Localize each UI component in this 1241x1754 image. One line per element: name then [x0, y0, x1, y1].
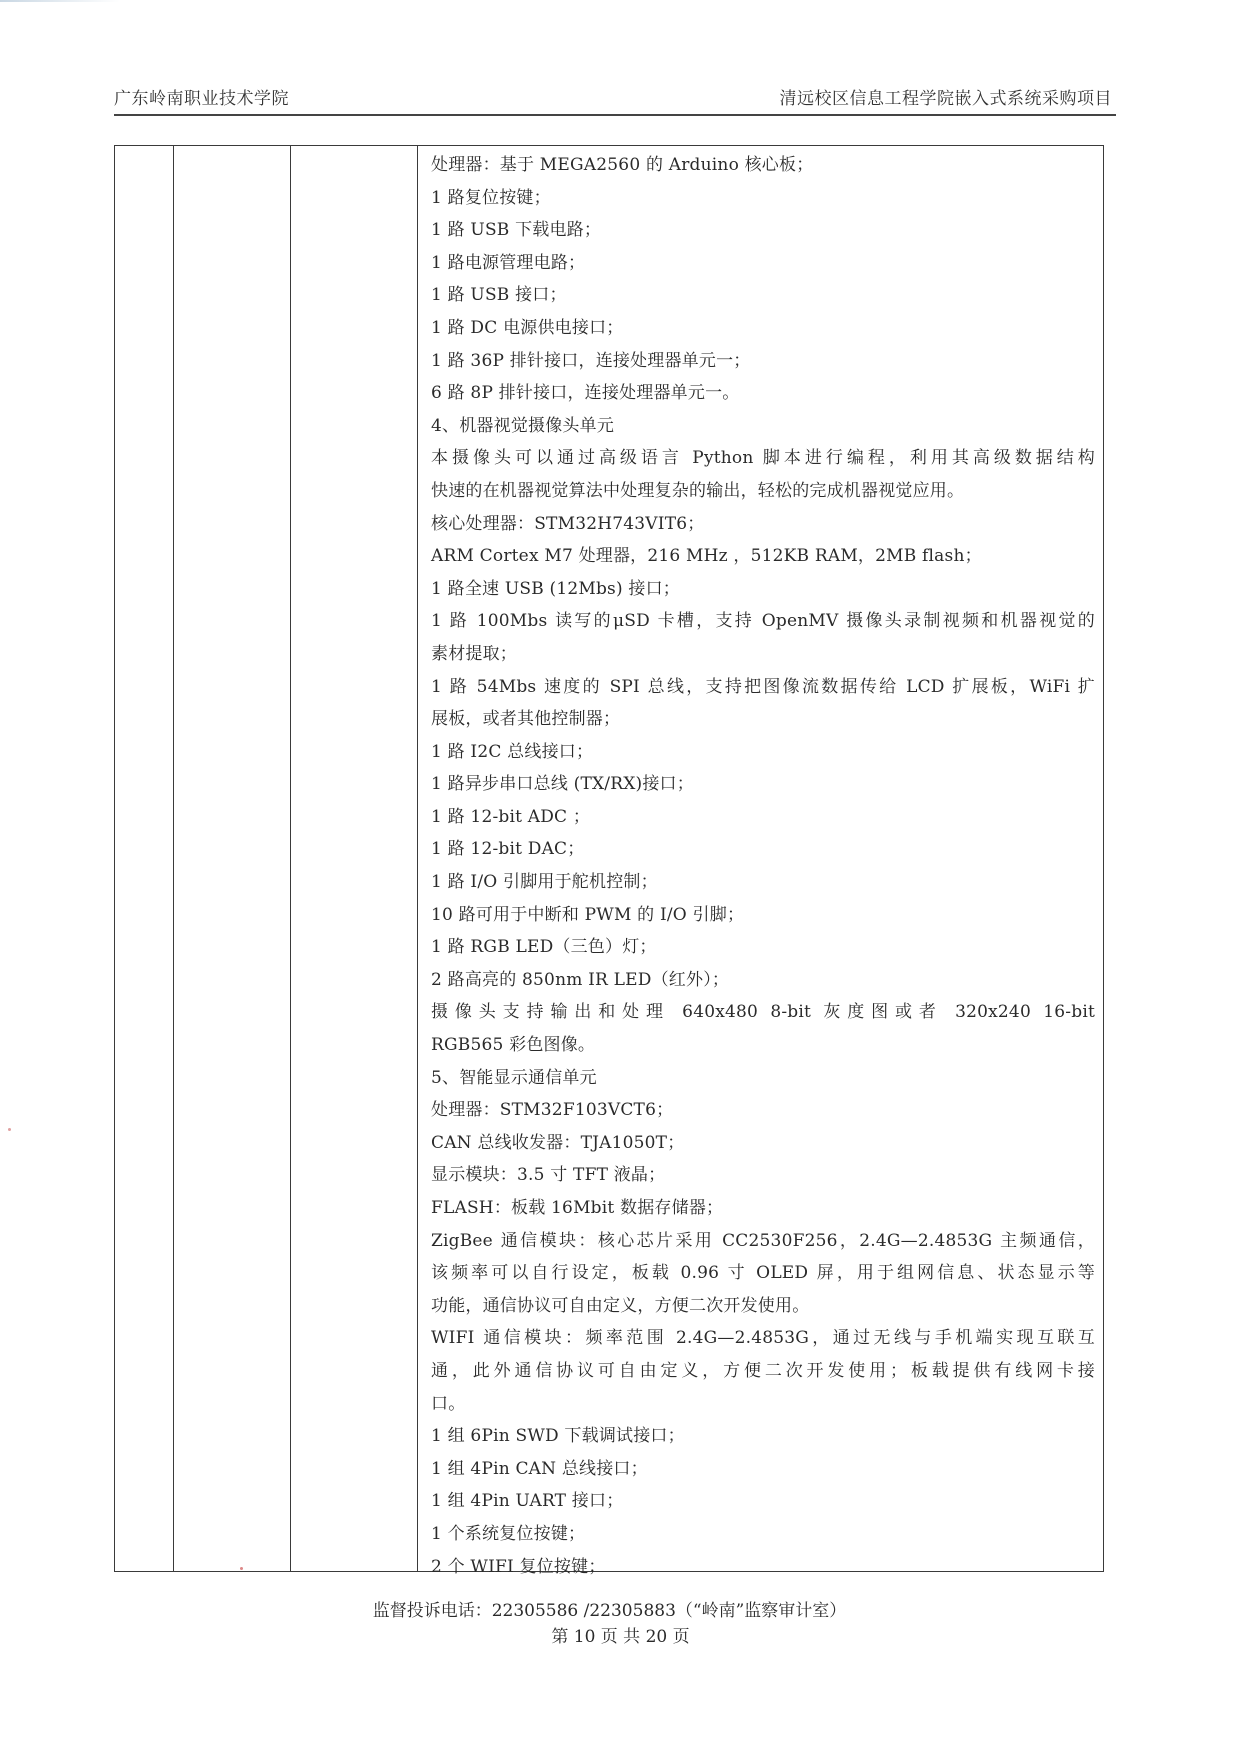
scan-edge-artifact: [0, 0, 120, 2]
spec-line: 1 路 I/O 引脚用于舵机控制；: [431, 866, 1095, 899]
spec-line: 2 个 WIFI 复位按键；: [431, 1551, 1095, 1584]
spec-line: 1 路 I2C 总线接口；: [431, 736, 1095, 769]
spec-line: 1 路 USB 接口；: [431, 279, 1095, 312]
spec-line: 1 组 6Pin SWD 下载调试接口；: [431, 1420, 1095, 1453]
spec-line: 10 路可用于中断和 PWM 的 I/O 引脚；: [431, 899, 1095, 932]
spec-line: 1 路 USB 下载电路；: [431, 214, 1095, 247]
spec-line: ZigBee 通信模块：核心芯片采用 CC2530F256，2.4G—2.485…: [431, 1225, 1095, 1258]
project-title: 清远校区信息工程学院嵌入式系统采购项目: [780, 84, 1113, 109]
spec-line: 1 组 4Pin CAN 总线接口；: [431, 1453, 1095, 1486]
spec-line: FLASH：板载 16Mbit 数据存储器；: [431, 1192, 1095, 1225]
page-header: 广东岭南职业技术学院 清远校区信息工程学院嵌入式系统采购项目: [114, 84, 1116, 116]
spec-line: 快速的在机器视觉算法中处理复杂的输出，轻松的完成机器视觉应用。: [431, 475, 1095, 508]
spec-line: 1 路 DC 电源供电接口；: [431, 312, 1095, 345]
spec-line: 处理器：STM32F103VCT6；: [431, 1094, 1095, 1127]
spec-line: CAN 总线收发器：TJA1050T；: [431, 1127, 1095, 1160]
table-col-type: [291, 146, 418, 1571]
table-col-specifications: 处理器：基于 MEGA2560 的 Arduino 核心板；1 路复位按键；1 …: [418, 146, 1103, 1571]
spec-line: 通，此外通信协议可自由定义，方便二次开发使用；板载提供有线网卡接: [431, 1355, 1095, 1388]
spec-line: 1 路 54Mbs 速度的 SPI 总线，支持把图像流数据传给 LCD 扩展板，…: [431, 671, 1095, 704]
spec-line: 素材提取；: [431, 638, 1095, 671]
spec-line: 该频率可以自行设定，板载 0.96 寸 OLED 屏，用于组网信息、状态显示等: [431, 1257, 1095, 1290]
spec-line: 1 路 36P 排针接口，连接处理器单元一；: [431, 345, 1095, 378]
spec-line: 4、机器视觉摄像头单元: [431, 410, 1095, 443]
spec-line: 1 路异步串口总线 (TX/RX)接口；: [431, 768, 1095, 801]
spec-line: 显示模块：3.5 寸 TFT 液晶；: [431, 1159, 1095, 1192]
page-number: 第 10 页 共 20 页: [0, 1624, 1241, 1650]
spec-line: 6 路 8P 排针接口，连接处理器单元一。: [431, 377, 1095, 410]
spec-line: 处理器：基于 MEGA2560 的 Arduino 核心板；: [431, 149, 1095, 182]
spec-line: 5、智能显示通信单元: [431, 1062, 1095, 1095]
spec-line: 功能，通信协议可自由定义，方便二次开发使用。: [431, 1290, 1095, 1323]
spec-line: 1 路全速 USB (12Mbs) 接口；: [431, 573, 1095, 606]
spec-line: 1 路电源管理电路；: [431, 247, 1095, 280]
spec-line: 1 个系统复位按键；: [431, 1518, 1095, 1551]
spec-line: 2 路高亮的 850nm IR LED（红外）；: [431, 964, 1095, 997]
table-col-index: [115, 146, 174, 1571]
spec-line: 1 路 12-bit DAC；: [431, 833, 1095, 866]
spec-line: 1 路 RGB LED（三色）灯；: [431, 931, 1095, 964]
spec-line: 展板，或者其他控制器；: [431, 703, 1095, 736]
spec-table: 处理器：基于 MEGA2560 的 Arduino 核心板；1 路复位按键；1 …: [114, 145, 1104, 1572]
scan-speck: [240, 1567, 243, 1570]
table-col-name: [174, 146, 291, 1571]
spec-line: 1 路 100Mbs 读写的μSD 卡槽，支持 OpenMV 摄像头录制视频和机…: [431, 605, 1095, 638]
spec-line: ARM Cortex M7 处理器，216 MHz ，512KB RAM，2MB…: [431, 540, 1095, 573]
spec-line: 本摄像头可以通过高级语言 Python 脚本进行编程，利用其高级数据结构: [431, 442, 1095, 475]
complaint-hotline: 监督投诉电话：22305586 /22305883（“岭南”监察审计室）: [0, 1598, 1230, 1624]
spec-line: RGB565 彩色图像。: [431, 1029, 1095, 1062]
page-footer: 监督投诉电话：22305586 /22305883（“岭南”监察审计室） 第 1…: [0, 1598, 1241, 1650]
spec-line: 摄像头支持输出和处理 640x480 8-bit 灰度图或者 320x240 1…: [431, 996, 1095, 1029]
spec-line: 1 路复位按键；: [431, 182, 1095, 215]
spec-line: WIFI 通信模块：频率范围 2.4G—2.4853G，通过无线与手机端实现互联…: [431, 1322, 1095, 1355]
spec-line: 1 路 12-bit ADC ；: [431, 801, 1095, 834]
spec-line: 1 组 4Pin UART 接口；: [431, 1485, 1095, 1518]
scan-speck: [8, 1128, 11, 1131]
spec-line: 核心处理器：STM32H743VIT6；: [431, 508, 1095, 541]
institution-name: 广东岭南职业技术学院: [114, 84, 289, 109]
spec-line: 口。: [431, 1388, 1095, 1421]
